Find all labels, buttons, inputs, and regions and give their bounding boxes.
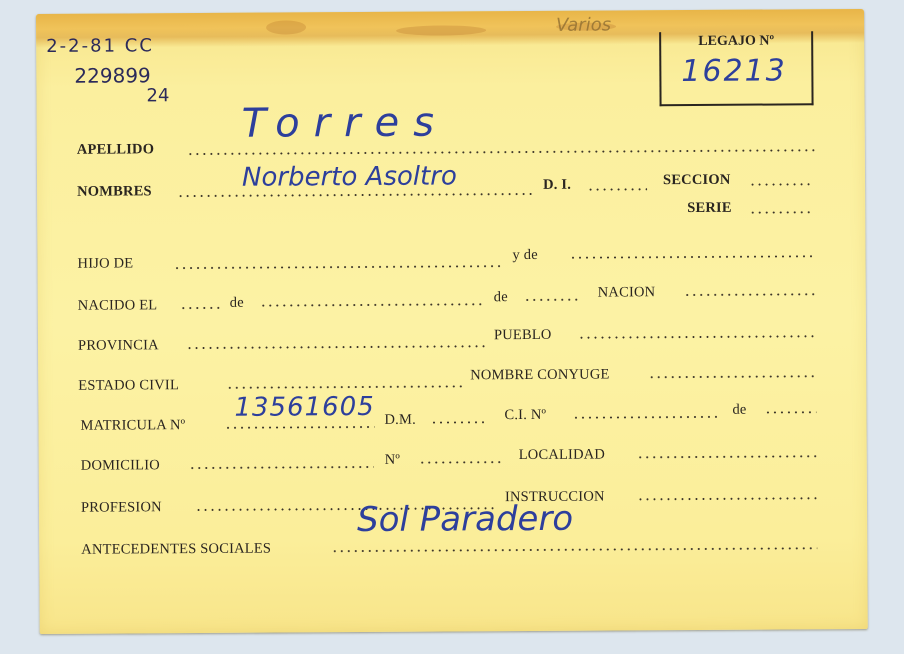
nacido-de1-label: de [230, 295, 244, 312]
antecedentes-value: Sol Paradero [357, 499, 573, 540]
legajo-label: LEGAJO Nº [661, 33, 811, 50]
seccion-line[interactable] [749, 183, 814, 185]
provincia-label: PROVINCIA [78, 337, 159, 354]
legajo-value: 16213 [681, 53, 787, 89]
instruccion-line[interactable] [637, 497, 817, 500]
apellido-line[interactable] [187, 149, 817, 155]
nombres-line[interactable] [177, 193, 532, 197]
seccion-label: SECCION [663, 172, 731, 189]
hijo-de-label: HIJO DE [77, 255, 133, 272]
domicilio-line[interactable] [189, 466, 374, 469]
localidad-line[interactable] [637, 455, 817, 458]
index-card: 2-2-81 CC 229899 24 Varios LEGAJO Nº 162… [36, 9, 868, 634]
nacido-el-label: NACIDO EL [78, 297, 158, 314]
nacido-dia-line[interactable] [180, 307, 222, 309]
tape-scribble: Varios [556, 14, 611, 35]
di-line[interactable] [587, 188, 647, 190]
annotation-sub: 24 [146, 85, 169, 106]
apellido-value: Torres [242, 99, 449, 146]
ci-de-label: de [732, 402, 746, 419]
nombre-conyuge-line[interactable] [648, 375, 816, 378]
ci-line[interactable] [572, 416, 717, 419]
nombres-label: NOMBRES [77, 183, 152, 200]
di-label: D. I. [543, 177, 571, 194]
dm-line[interactable] [430, 421, 488, 423]
antecedentes-label: ANTECEDENTES SOCIALES [81, 541, 271, 559]
matricula-value: 13561605 [234, 392, 375, 423]
nacido-anio-line[interactable] [524, 299, 582, 301]
annotation-date: 2-2-81 CC [46, 35, 154, 57]
estado-civil-line[interactable] [226, 385, 466, 388]
legajo-box: LEGAJO Nº 16213 [659, 31, 813, 106]
ci-label: C.I. Nº [504, 407, 546, 424]
antecedentes-line[interactable] [331, 547, 817, 552]
domicilio-label: DOMICILIO [81, 457, 160, 474]
dm-label: D.M. [384, 412, 416, 429]
numero-line[interactable] [419, 461, 501, 464]
matricula-label: MATRICULA Nº [80, 417, 185, 435]
provincia-line[interactable] [186, 345, 486, 349]
serie-line[interactable] [749, 211, 814, 213]
serie-label: SERIE [687, 200, 732, 217]
numero-label: Nº [385, 452, 400, 469]
annotation-number: 229899 [74, 63, 151, 87]
nacido-mes-line[interactable] [260, 303, 485, 306]
apellido-label: APELLIDO [77, 141, 154, 158]
pueblo-line[interactable] [578, 335, 816, 338]
ci-de-line[interactable] [764, 411, 816, 413]
tape-stain [396, 25, 486, 36]
pueblo-label: PUEBLO [494, 327, 552, 344]
nacion-label: NACION [598, 284, 656, 301]
nacido-de2-label: de [494, 289, 508, 306]
y-de-line[interactable] [569, 255, 814, 258]
matricula-line[interactable] [225, 426, 375, 429]
tape-stain [266, 20, 306, 34]
y-de-label: y de [512, 247, 537, 264]
nombre-conyuge-label: NOMBRE CONYUGE [470, 367, 609, 385]
nombres-value: Norberto Asoltro [242, 161, 457, 192]
estado-civil-label: ESTADO CIVIL [78, 377, 179, 395]
profesion-label: PROFESION [81, 499, 162, 516]
localidad-label: LOCALIDAD [519, 447, 605, 465]
hijo-de-line[interactable] [174, 265, 504, 269]
nacion-line[interactable] [684, 293, 816, 296]
